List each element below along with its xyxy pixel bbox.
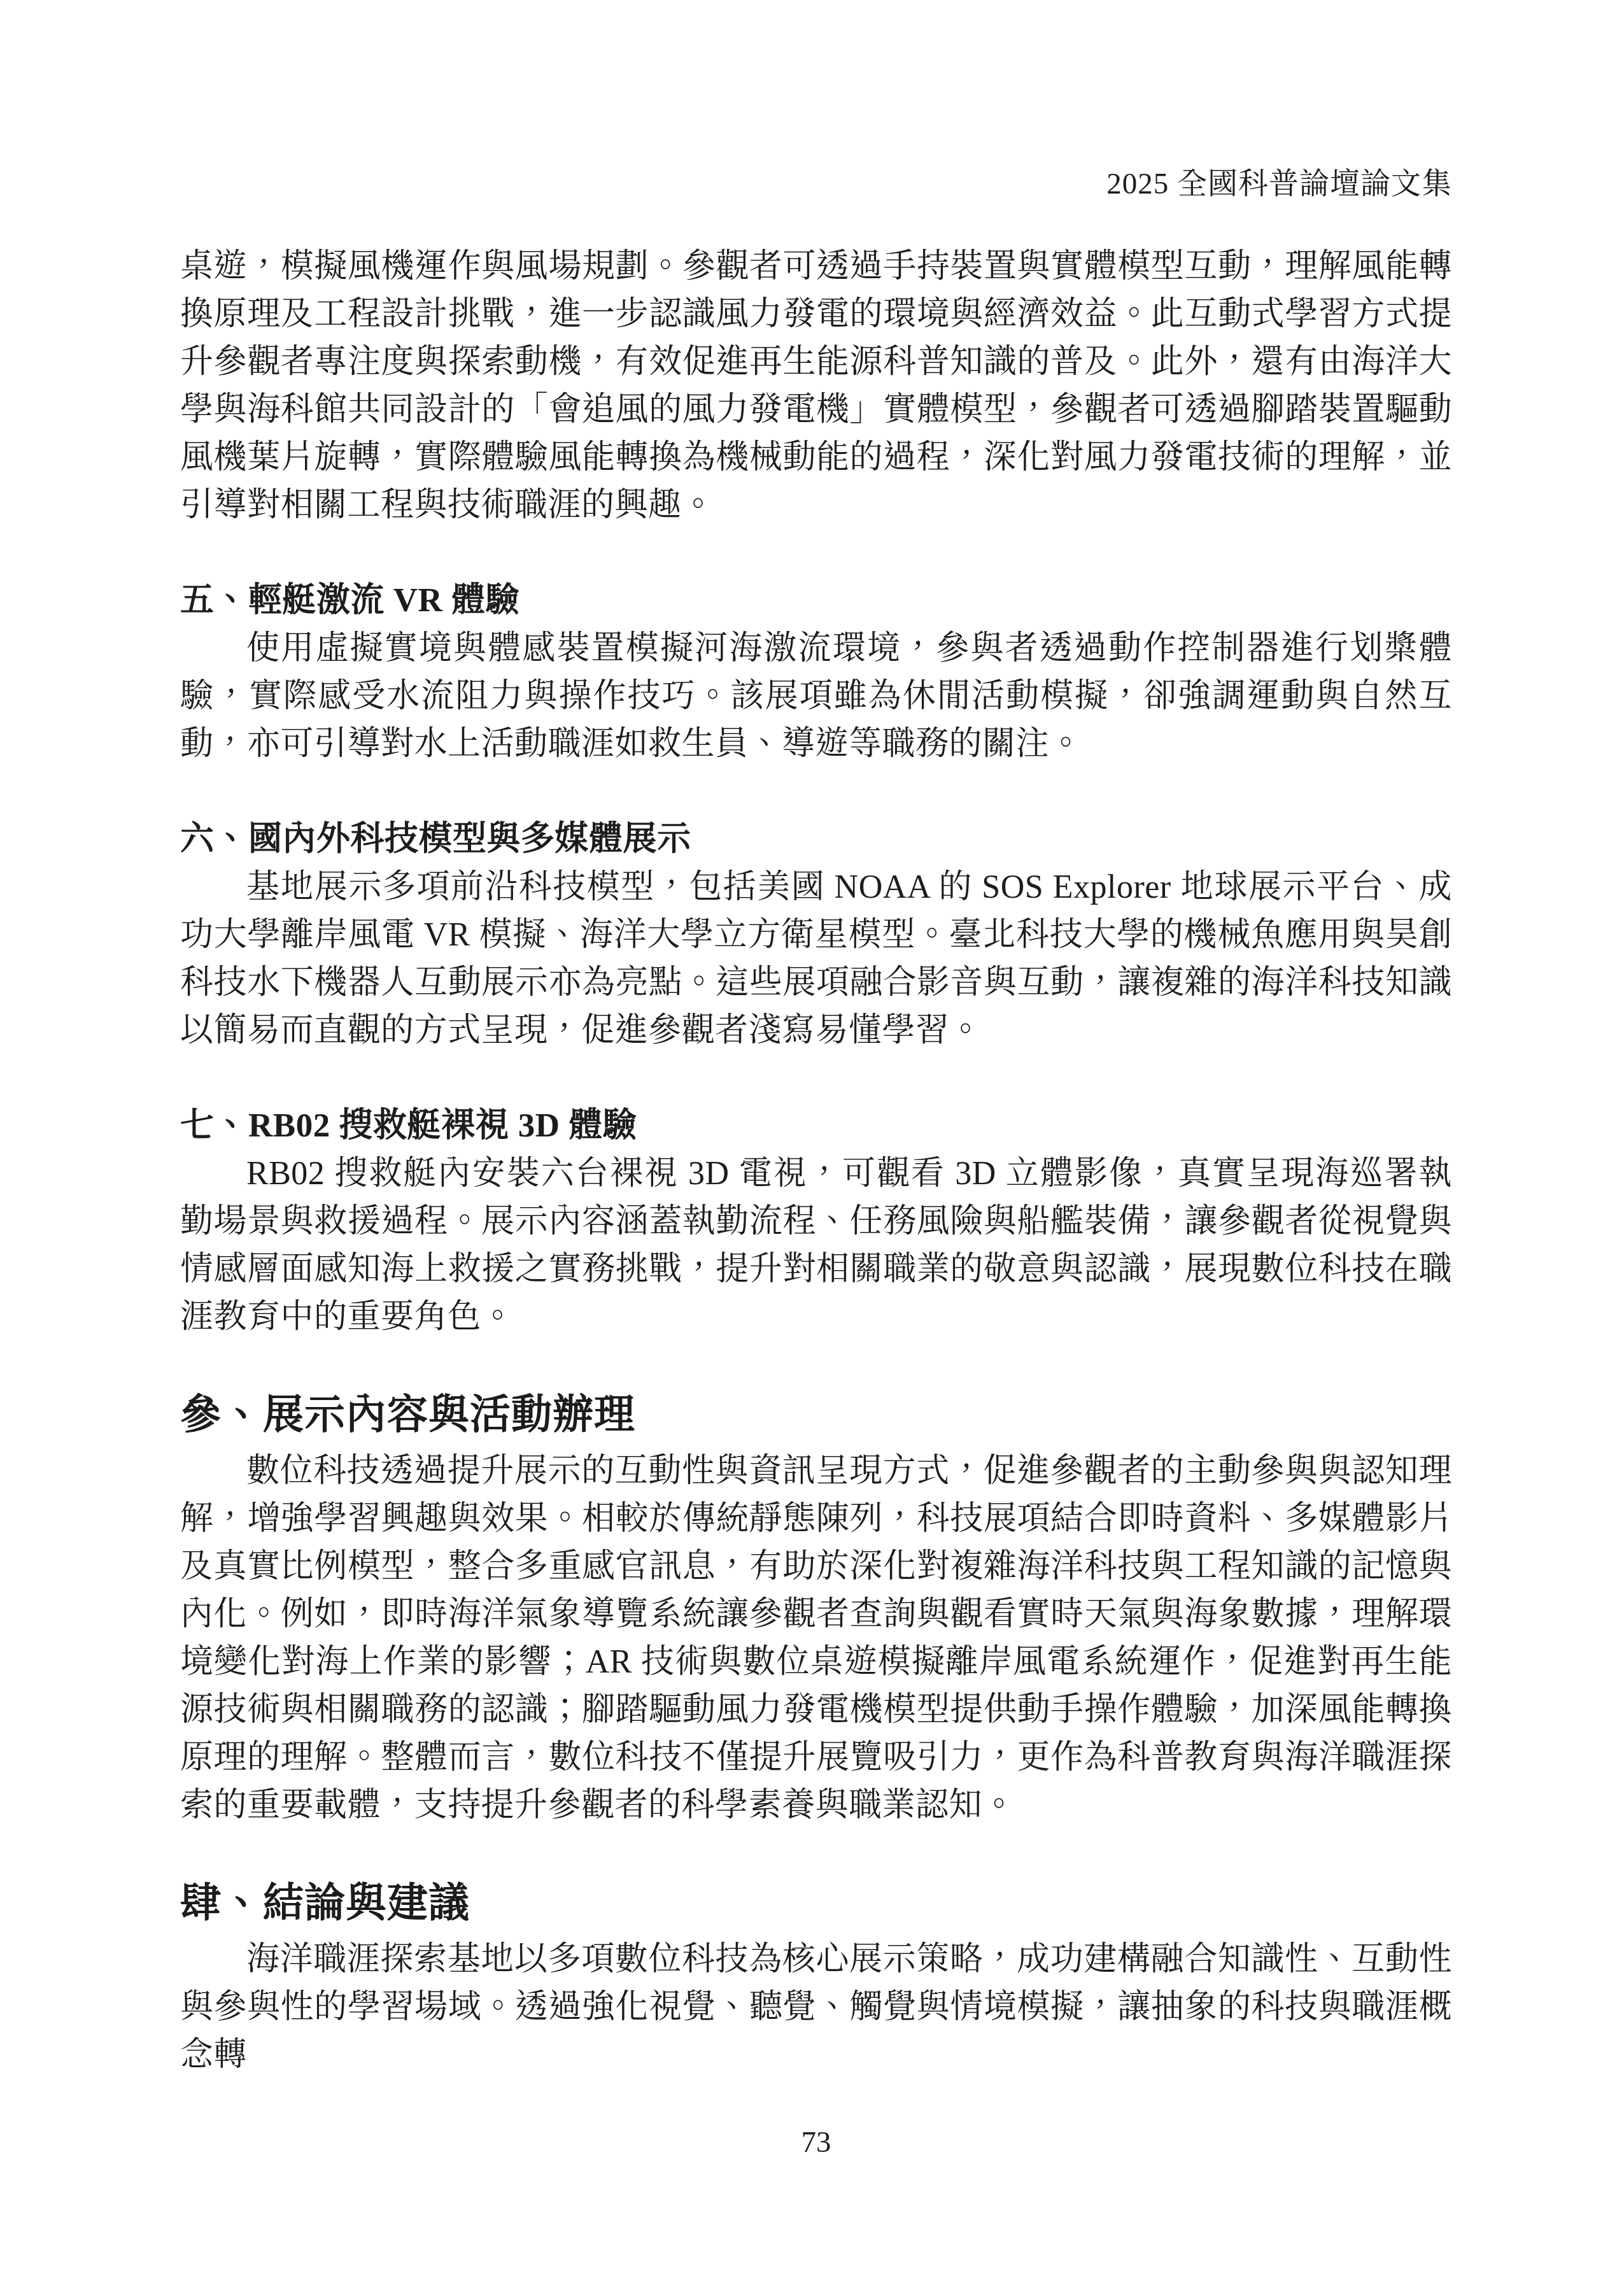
section-heading-6: 六、國內外科技模型與多媒體展示	[180, 816, 1452, 863]
section-heading-content-activities: 參、展示內容與活動辦理	[180, 1385, 1452, 1444]
section-paragraph-content-activities: 數位科技透過提升展示的互動性與資訊呈現方式，促進參觀者的主動參與與認知理解，增強…	[180, 1447, 1452, 1829]
section-paragraph-7: RB02 搜救艇內安裝六台裸視 3D 電視，可觀看 3D 立體影像，真實呈現海巡…	[180, 1150, 1452, 1341]
section-heading-5: 五、輕艇激流 VR 體驗	[180, 577, 1452, 625]
document-page: 2025 全國科普論壇論文集 桌遊，模擬風機運作與風場規劃。參觀者可透過手持裝置…	[0, 0, 1624, 2278]
section-heading-conclusion: 肆、結論與建議	[180, 1874, 1452, 1932]
page-number: 73	[180, 2123, 1452, 2161]
section-paragraph-conclusion: 海洋職涯探索基地以多項數位科技為核心展示策略，成功建構融合知識性、互動性與參與性…	[180, 1935, 1452, 2079]
running-header: 2025 全國科普論壇論文集	[180, 167, 1452, 202]
page-content: 2025 全國科普論壇論文集 桌遊，模擬風機運作與風場規劃。參觀者可透過手持裝置…	[180, 0, 1452, 2161]
section-paragraph-6: 基地展示多項前沿科技模型，包括美國 NOAA 的 SOS Explorer 地球…	[180, 863, 1452, 1054]
section-heading-7: 七、RB02 搜救艇裸視 3D 體驗	[180, 1102, 1452, 1150]
intro-paragraph: 桌遊，模擬風機運作與風場規劃。參觀者可透過手持裝置與實體模型互動，理解風能轉換原…	[180, 243, 1452, 529]
section-paragraph-5: 使用虛擬實境與體感裝置模擬河海激流環境，參與者透過動作控制器進行划槳體驗，實際感…	[180, 625, 1452, 768]
